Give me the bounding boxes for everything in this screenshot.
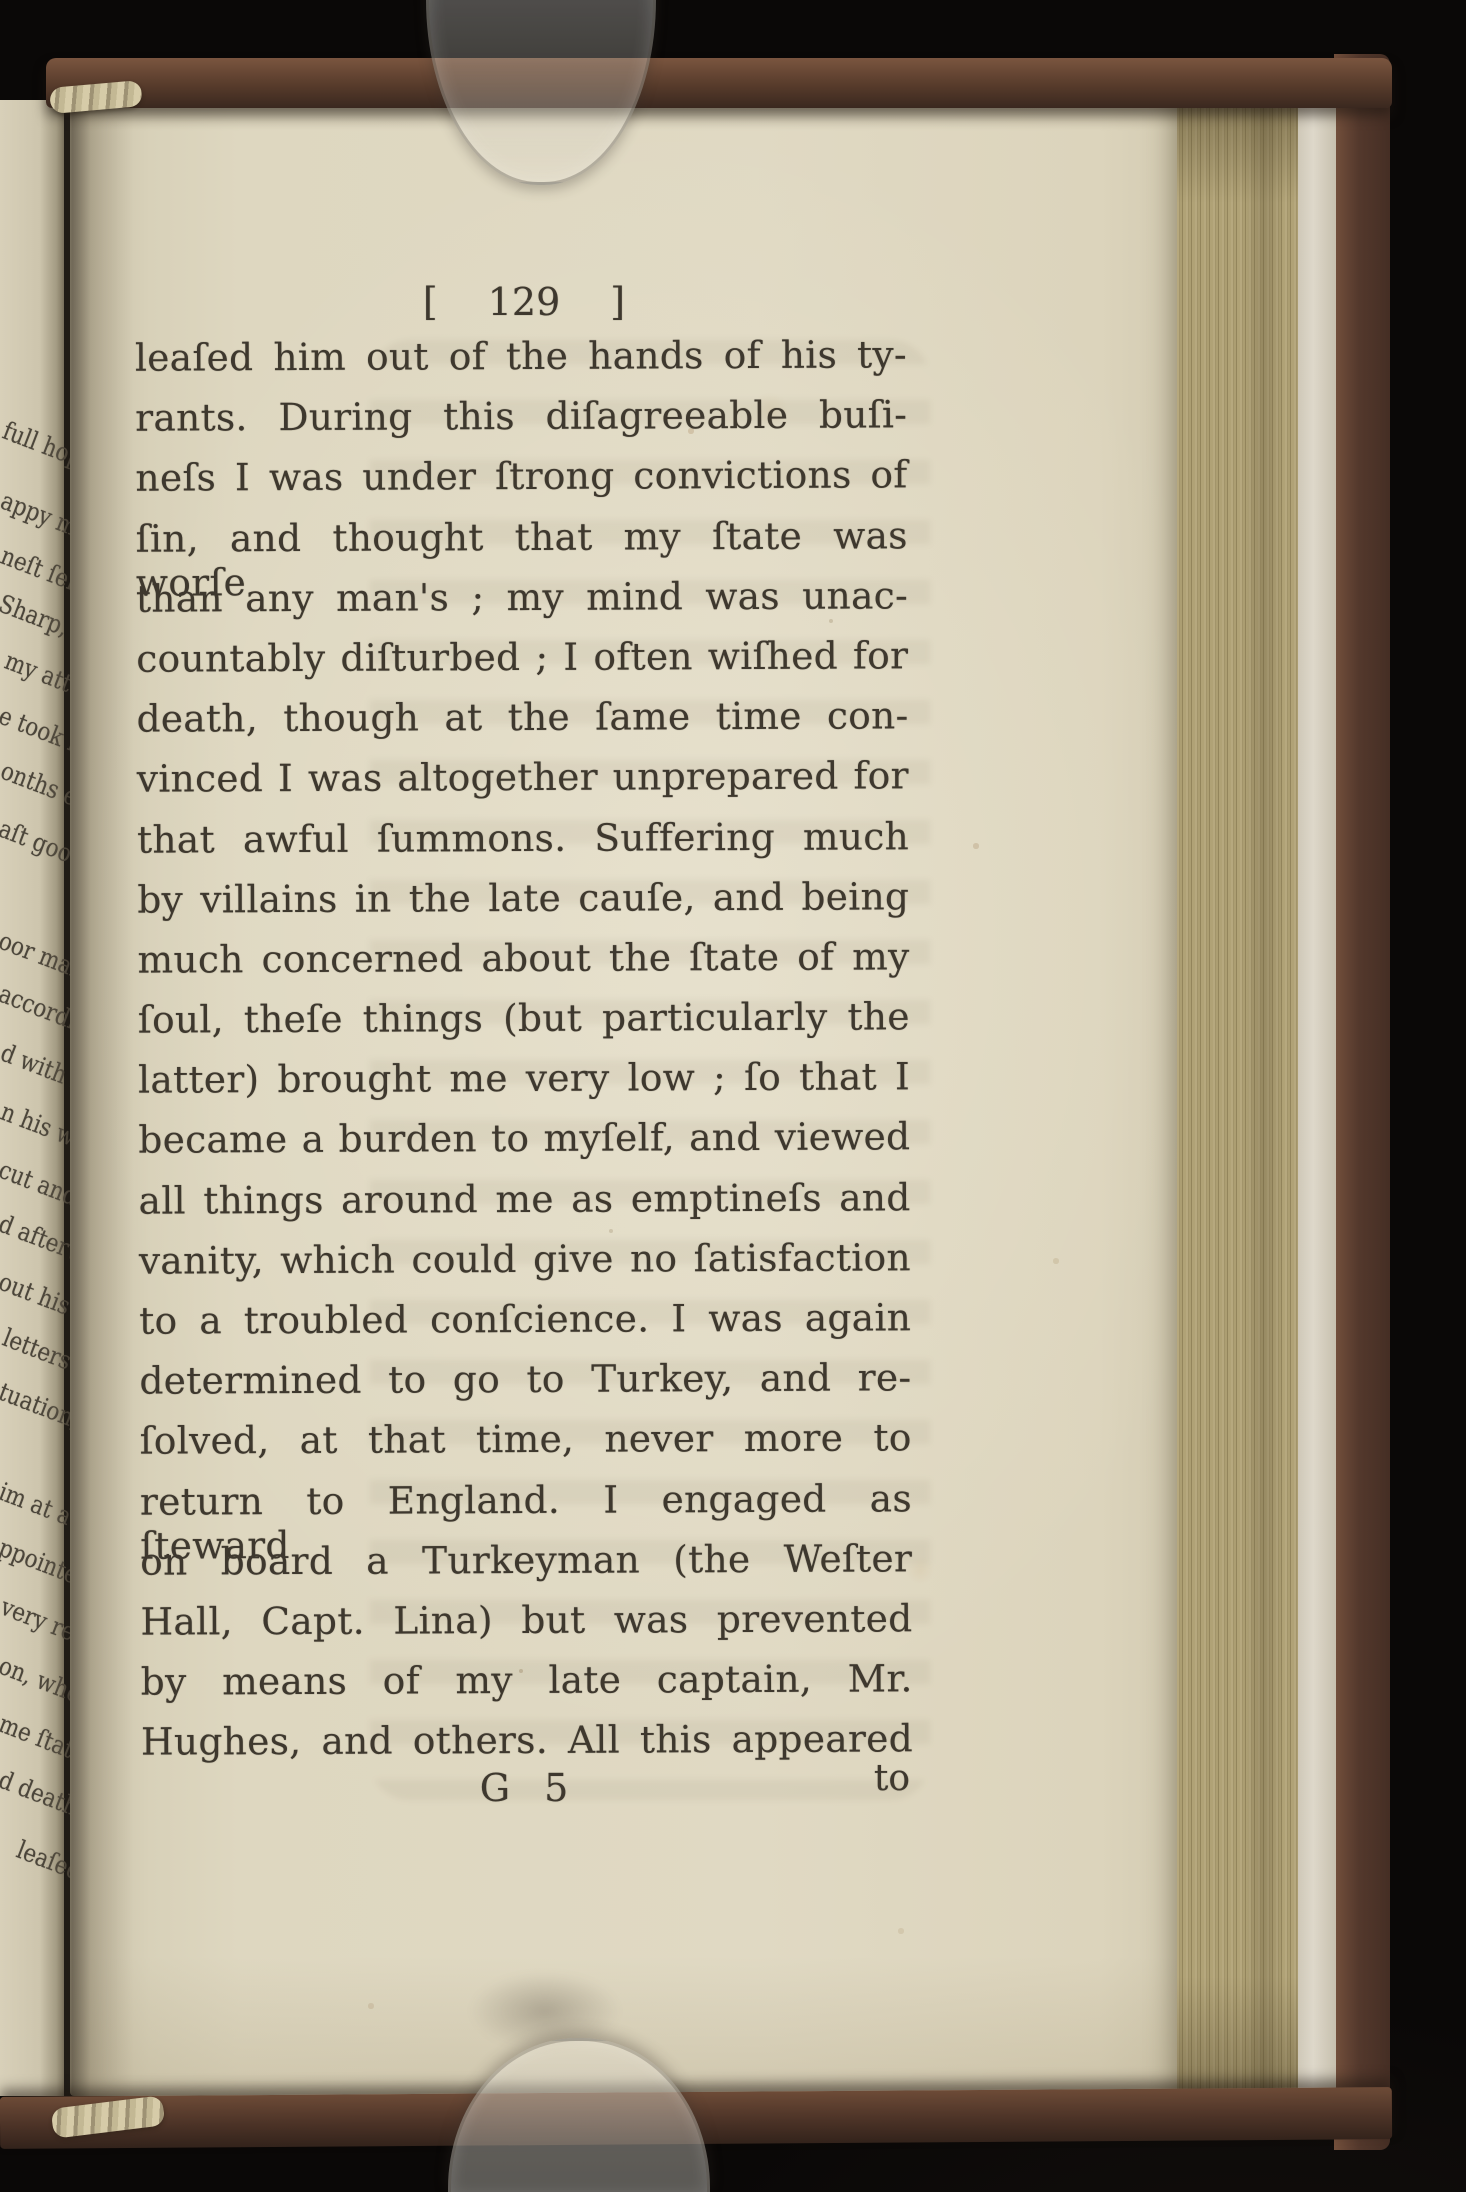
text-line: that awful ſummons. Suffering much: [137, 814, 909, 878]
text-line: Hall, Capt. Lina) but was prevented: [140, 1596, 912, 1660]
page-block-fore-edge: [1177, 104, 1298, 2096]
text-line: death, though at the ſame time con-: [136, 693, 908, 757]
text-line: to a troubled conſcience. I was again: [139, 1295, 911, 1359]
text-line: neſs I was under ſtrong convictions of: [135, 453, 907, 517]
text-line: latter) brought me very low ; ſo that I: [138, 1055, 910, 1119]
text-line: countably diſturbed ; I often wiſhed for: [136, 633, 908, 697]
text-line: leaſed him out of the hands of his ty-: [135, 332, 907, 396]
leather-cover-right-edge: [1334, 54, 1390, 2150]
text-line: ſolved, at that time, never more to: [140, 1416, 912, 1480]
signature-line: G 5 to: [138, 1766, 910, 1828]
text-line: ſin, and thought that my ſtate was worſe: [136, 513, 908, 577]
page-number-value: 129: [488, 280, 561, 324]
text-line: vinced I was altogether unprepared for: [137, 754, 909, 818]
body-text: leaſed him out of the hands of his ty- r…: [135, 332, 913, 1780]
endpaper-edge-strip: [1298, 100, 1336, 2098]
bracket-right: ]: [610, 280, 625, 324]
text-line: ſoul, theſe things (but particularly the: [138, 994, 910, 1058]
page-number: [ 129 ]: [138, 280, 910, 324]
leather-cover-top-edge: [46, 58, 1392, 108]
text-line: on board a Turkeyman (the Weſter: [140, 1536, 912, 1600]
text-line: determined to go to Turkey, and re-: [139, 1356, 911, 1420]
book-page: [ 129 ] leaſed him out of the hands of h…: [70, 100, 1177, 2096]
signature-mark: G 5: [480, 1766, 569, 1810]
text-line: by means of my late captain, Mr.: [141, 1656, 913, 1720]
text-line: than any man's ; my mind was unac-: [136, 573, 908, 637]
text-line: rants. During this diſagreeable buſi-: [135, 393, 907, 457]
facing-page-strip: full hop appy ma neſt ſent Sharp, fo my …: [0, 100, 64, 2096]
bracket-left: [: [423, 280, 438, 324]
text-line: much concerned about the ſtate of my: [137, 934, 909, 998]
text-line: by villains in the late cauſe, and being: [137, 874, 909, 938]
catchword: to: [874, 1758, 910, 1799]
text-line: all things around me as emptineſs and: [139, 1175, 911, 1239]
text-line: return to England. I engaged as ſteward: [140, 1476, 912, 1540]
text-line: became a burden to myſelf, and viewed: [138, 1115, 910, 1179]
text-line: vanity, which could give no ſatisfaction: [139, 1235, 911, 1299]
book-photo: full hop appy ma neſt ſent Sharp, fo my …: [0, 0, 1466, 2192]
